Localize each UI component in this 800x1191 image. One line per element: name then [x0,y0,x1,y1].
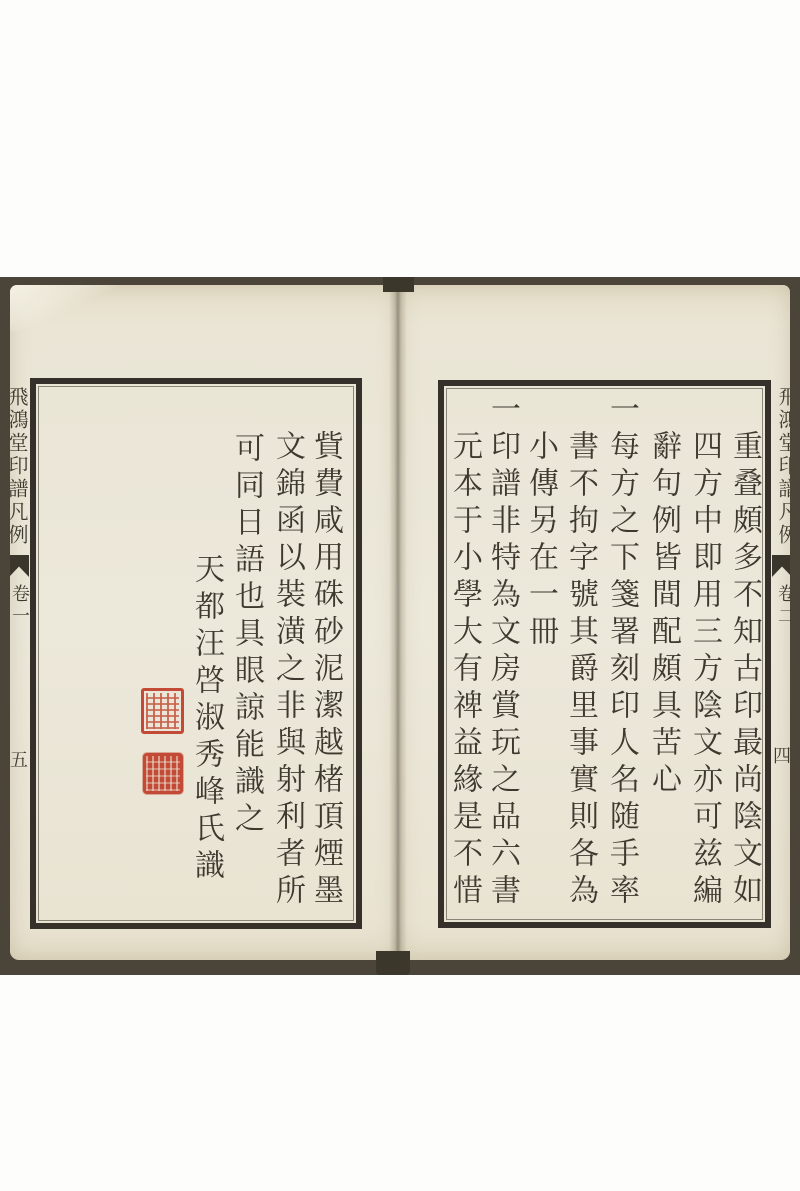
text-column: 重叠頗多不知古印最尚陰文如 [726,430,762,911]
fold-notch-bottom [376,951,410,975]
folio-number: 四 [773,742,790,768]
column-text: 天都汪啓淑秀峰氏識 [189,553,224,886]
text-column: 一印譜非特為文房賞玩之品六書 [484,393,520,911]
fishtail-icon [10,555,29,577]
column-text: 書不拘字號其爵里事實則各為 [563,430,598,911]
fold-notch-top [383,277,414,292]
text-column: 一每方之下箋署刻印人名随手率 [603,393,639,911]
text-column: 貲費咸用硃砂泥潔越楮頂煙墨 [307,430,343,911]
column-text: 重叠頗多不知古印最尚陰文如 [727,430,762,911]
banxin-right: 飛鴻堂印譜凡例 卷二 四 [771,380,790,928]
center-fold [389,283,407,962]
folio-number: 五 [10,746,28,772]
text-column: 天都汪啓淑秀峰氏識 [188,553,224,886]
seal-pattern [146,756,180,791]
book-scan: 重叠頗多不知古印最尚陰文如 四方中即用三方陰文亦可兹編 辭句例皆間配頗具苦心 一… [0,0,800,1191]
column-text: 每方之下箋署刻印人名随手率 [604,430,639,911]
column-text: 元本于小學大有禆益緣是不惜 [447,430,482,911]
column-text: 辭句例皆間配頗具苦心 [646,430,681,800]
fishtail-icon [772,555,790,577]
banxin-left: 飛鴻堂印譜凡例 卷一 五 [10,378,32,929]
text-column: 元本于小學大有禆益緣是不惜 [446,430,482,911]
text-column: 四方中即用三方陰文亦可兹編 [686,430,722,911]
page-corner-curl [10,285,120,331]
column-text: 文錦函以裝潢之非與射利者所 [270,430,305,911]
column-text: 印譜非特為文房賞玩之品六書 [485,430,520,911]
seal-pattern [146,693,179,729]
collector-seal-relief [141,688,184,734]
collector-seal-intaglio [143,753,183,794]
juan-label: 卷一 [10,584,30,628]
column-text: 可同日語也具眼諒能識之 [229,432,264,839]
column-text: 小傳另在一冊 [523,430,558,652]
item-marker: 一 [604,393,639,430]
text-column: 書不拘字號其爵里事實則各為 [562,430,598,911]
book-title: 飛鴻堂印譜凡例 [775,386,790,547]
text-column: 辭句例皆間配頗具苦心 [645,430,681,800]
text-column: 可同日語也具眼諒能識之 [228,432,264,839]
column-text: 四方中即用三方陰文亦可兹編 [687,430,722,911]
column-text: 貲費咸用硃砂泥潔越楮頂煙墨 [308,430,343,911]
text-column: 文錦函以裝潢之非與射利者所 [269,430,305,911]
item-marker: 一 [485,393,520,430]
juan-label: 卷二 [774,584,790,628]
text-column: 小傳另在一冊 [522,430,558,652]
book-title: 飛鴻堂印譜凡例 [10,386,29,547]
